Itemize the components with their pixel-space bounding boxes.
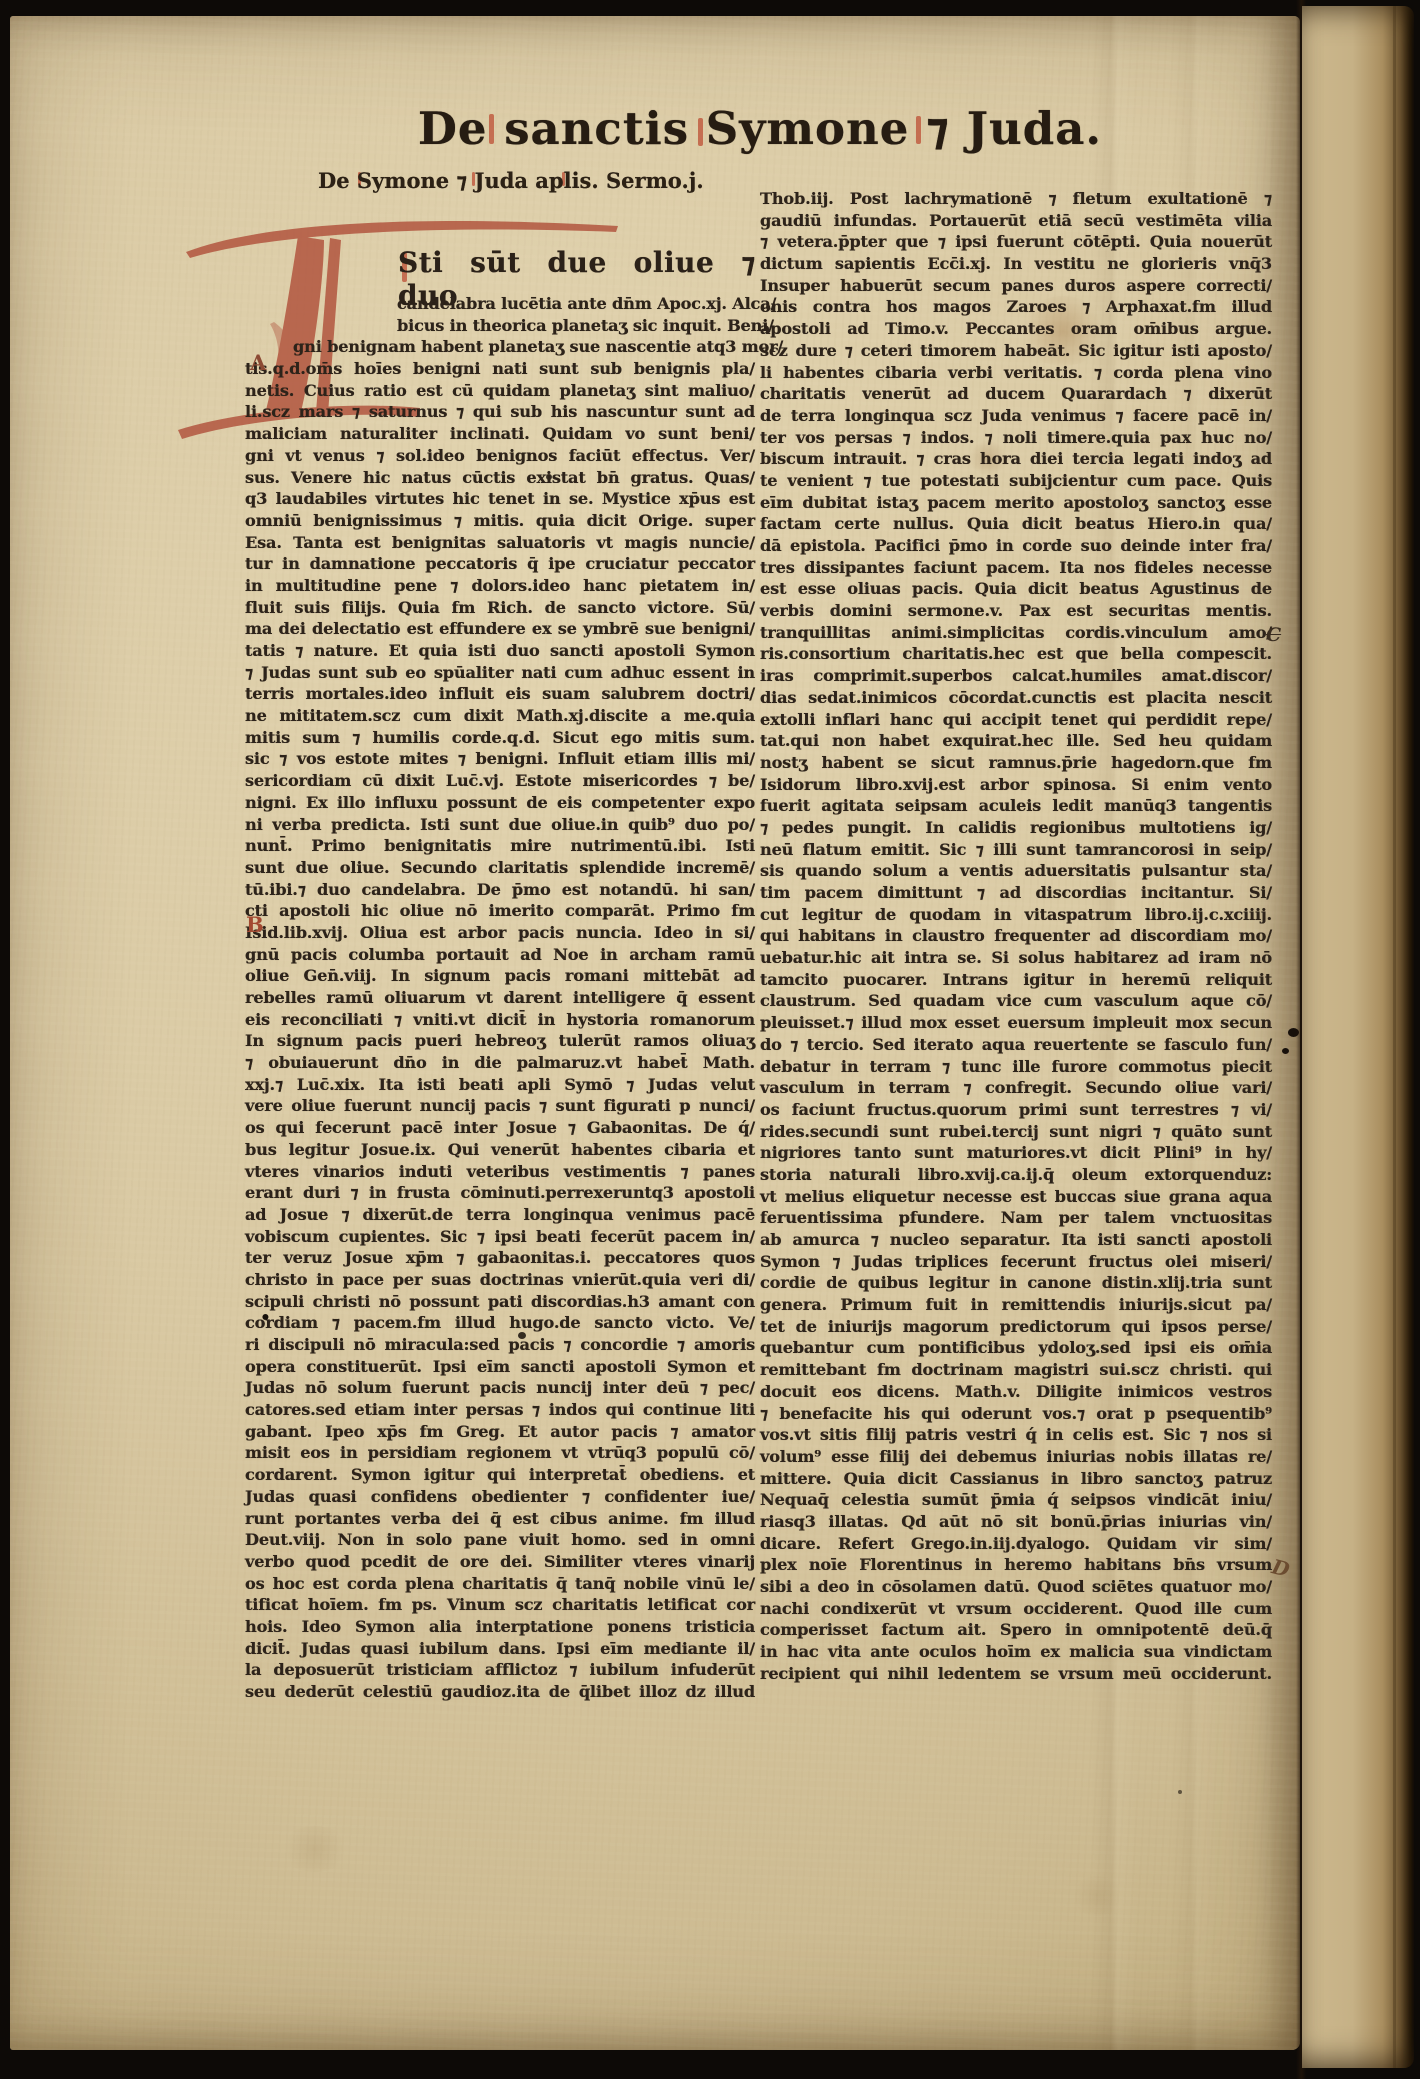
text-line: volum⁹ esse filij dei debemus iniurias n…: [760, 1446, 1272, 1468]
text-line: ter vos persas ⁊ indos. ⁊ noli timere.qu…: [760, 427, 1272, 449]
text-line: nigriores tanto sunt maturiores.vt dicit…: [760, 1142, 1272, 1164]
text-line: tranquillitas animi.simplicitas cordis.v…: [760, 622, 1272, 644]
text-line: Insuper habuerūt secum panes duros asper…: [760, 275, 1272, 297]
text-line: vasculum in terram ⁊ confregit. Secundo …: [760, 1077, 1272, 1099]
text-line: neū flatum emitit. Sic ⁊ illi sunt tamra…: [760, 839, 1272, 861]
margin-nota-mark: D: [1269, 1554, 1292, 1581]
page-stack-line: [1393, 6, 1396, 2068]
text-line: omniū benignissimus ⁊ mitis. quia dicit …: [245, 510, 755, 532]
text-line: verbis domini sermone.v. Pax est securit…: [760, 600, 1272, 622]
text-line: terris mortales.ideo influit eis suam sa…: [245, 683, 755, 705]
text-line: ter veruz Josue xp̄m ⁊ gabaonitas.i. pec…: [245, 1247, 755, 1269]
text-line: sis quando solum a ventis aduersitatis p…: [760, 860, 1272, 882]
text-line: seu dederūt celestiū gaudioz.ita de q̄li…: [245, 1681, 755, 1703]
text-line: Isid.lib.xvij. Oliua est arbor pacis nun…: [245, 922, 755, 944]
book-scan: De sanctis Symone ⁊ Juda. De Symone ⁊ Ju…: [0, 0, 1420, 2079]
text-line: ⁊ benefacite his qui oderunt vos.⁊ orat …: [760, 1403, 1272, 1425]
text-line: feruentissima pfundere. Nam per talem vn…: [760, 1207, 1272, 1229]
margin-letter-a: A: [250, 350, 266, 375]
text-line: fluit suis filijs. Quia fm Rich. de sanc…: [245, 597, 755, 619]
text-line: storia naturali libro.xvij.ca.ij.q̄ oleu…: [760, 1164, 1272, 1186]
text-line: charitatis venerūt ad ducem Quarardach ⁊…: [760, 383, 1272, 405]
text-line: dā epistola. Pacifici p̄mo in corde suo …: [760, 535, 1272, 557]
text-line: do ⁊ tercio. Sed iterato aqua reuertente…: [760, 1034, 1272, 1056]
text-line: in multitudine pene ⁊ dolors.ideo hanc p…: [245, 575, 755, 597]
text-line: erant duri ⁊ in frusta cōminuti.perrexer…: [245, 1182, 755, 1204]
text-line: ri discipuli nō miracula:sed pacis ⁊ con…: [245, 1334, 755, 1356]
text-line: tamcito puocarer. Intrans igitur in here…: [760, 969, 1272, 991]
text-line: cti apostoli hic oliue nō imerito compar…: [245, 900, 755, 922]
text-line: uebatur.hic ait intra se. Si solus habit…: [760, 947, 1272, 969]
stain: [280, 1826, 350, 1872]
text-line: genera. Primum fuit in remittendis iniur…: [760, 1294, 1272, 1316]
text-line: ⁊ pedes pungit. In calidis regionibus mu…: [760, 817, 1272, 839]
text-line: extolli inflari hanc qui accipit tenet q…: [760, 709, 1272, 731]
text-line: verbo quod pcedit de ore dei. Similiter …: [245, 1551, 755, 1573]
text-line: Symon ⁊ Judas triplices fecerunt fructus…: [760, 1251, 1272, 1273]
text-line: Nequaq̄ celestia sumūt p̄mia q́ seipsos …: [760, 1489, 1272, 1511]
text-line: rides.secundi sunt rubei.tercij sunt nig…: [760, 1121, 1272, 1143]
text-line: candelabra lucētia ante dn̄m Apoc.xj. Al…: [245, 293, 755, 315]
text-line: vere oliue fuerunt nuncij pacis ⁊ sunt f…: [245, 1095, 755, 1117]
text-line: runt portantes verba dei q̄ est cibus an…: [245, 1508, 755, 1530]
text-line: maliciam naturaliter inclinati. Quidam v…: [245, 423, 755, 445]
text-line: apostoli ad Timo.v. Peccantes oram om̄ib…: [760, 318, 1272, 340]
text-line: catores.sed etiam inter persas ⁊ indos q…: [245, 1399, 755, 1421]
text-line: mitis sum ⁊ humilis corde.q.d. Sicut ego…: [245, 727, 755, 749]
text-line: os qui fecerunt pacē inter Josue ⁊ Gabao…: [245, 1117, 755, 1139]
text-line: tres dissipantes faciunt pacem. Ita nos …: [760, 557, 1272, 579]
text-line: Thob.iij. Post lachrymationē ⁊ fletum ex…: [760, 188, 1272, 210]
text-line: tet de iniurijs magorum predictorum qui …: [760, 1316, 1272, 1338]
text-line: ab amurca ⁊ nucleo separatur. Ita isti s…: [760, 1229, 1272, 1251]
text-line: tis.q.d.om̄s hoīes benigni nati sunt sub…: [245, 358, 755, 380]
text-line: ⁊ vetera.p̄pter que ⁊ ipsi fuerunt cōtēp…: [760, 231, 1272, 253]
text-line: gaudiū infundas. Portauerūt etiā secū ve…: [760, 210, 1272, 232]
text-line: recipient qui nihil ledentem se vrsum me…: [760, 1663, 1272, 1685]
text-column-2: Thob.iij. Post lachrymationē ⁊ fletum ex…: [760, 188, 1272, 1684]
text-line: dicit̄. Judas quasi iubilum dans. Ipsi e…: [245, 1638, 755, 1660]
text-line: os hoc est corda plena charitatis q̄ tan…: [245, 1573, 755, 1595]
text-column-1: candelabra lucētia ante dn̄m Apoc.xj. Al…: [245, 293, 755, 1703]
text-line: nachi condixerūt vt vrsum occiderent. Qu…: [760, 1598, 1272, 1620]
text-line: xxj.⁊ Luc̄.xix. Ita isti beati apli Symō…: [245, 1074, 755, 1096]
text-line: quebantur cum pontificibus ydoloʒ.sed ip…: [760, 1337, 1272, 1359]
text-line: claustrum. Sed quadam vice cum vasculum …: [760, 990, 1272, 1012]
stain: [1070, 1876, 1124, 1916]
text-line: In signum pacis pueri hebreoʒ tulerūt ra…: [245, 1030, 755, 1052]
text-line: eīm dubitat istaʒ pacem merito apostoloʒ…: [760, 492, 1272, 514]
text-line: li.scz mars ⁊ saturnus ⁊ qui sub his nas…: [245, 401, 755, 423]
text-line: dictum sapientis Ecc̄i.xj. In vestitu ne…: [760, 253, 1272, 275]
text-line: ris.consortium charitatis.hec est que be…: [760, 643, 1272, 665]
text-line: la deposuerūt tristiciam afflictoz ⁊ iub…: [245, 1659, 755, 1681]
text-line: docuit eos dicens. Math.v. Diligite inim…: [760, 1381, 1272, 1403]
text-line: os faciunt fructus.quorum primi sunt ter…: [760, 1099, 1272, 1121]
text-line: tificat hoīem. fm ps. Vinum scz charitat…: [245, 1594, 755, 1616]
text-line: q3 laudabiles virtutes hic tenet in se. …: [245, 488, 755, 510]
text-line: nostʒ habent se sicut ramnus.p̄rie haged…: [760, 752, 1272, 774]
text-line: gni vt venus ⁊ sol.ideo benignos faciūt …: [245, 445, 755, 467]
text-line: comperisset factum ait. Spero in omnipot…: [760, 1619, 1272, 1641]
text-line: ad Josue ⁊ dixerūt.de terra longinqua ve…: [245, 1204, 755, 1226]
text-line: eis reconciliati ⁊ vniti.vt dicit̄ in hy…: [245, 1009, 755, 1031]
text-line: Isidorum libro.xvij.est arbor spinosa. S…: [760, 774, 1272, 796]
text-line: fuerit agitata seipsam aculeis ledit man…: [760, 795, 1272, 817]
text-line: dicare. Refert Grego.in.iij.dyalogo. Qui…: [760, 1533, 1272, 1555]
sermon-rubric: De Symone ⁊ Juda aplis. Sermo.j.: [318, 168, 704, 193]
text-line: sunt due oliue. Secundo claritatis splen…: [245, 857, 755, 879]
text-line: hois. Ideo Symon alia interptatione pone…: [245, 1616, 755, 1638]
manuscript-page: De sanctis Symone ⁊ Juda. De Symone ⁊ Ju…: [10, 16, 1300, 2050]
text-line: tur in damnatione peccatoris q̄ ipe cruc…: [245, 553, 755, 575]
text-line: cordiam ⁊ pacem.fm illud hugo.de sancto …: [245, 1312, 755, 1334]
ink-blot: [1282, 1048, 1289, 1054]
text-line: te venient ⁊ tue potestati subijcientur …: [760, 470, 1272, 492]
text-line: biscum intrauit. ⁊ cras hora diei tercia…: [760, 448, 1272, 470]
text-line: debatur in terram ⁊ tunc ille furore com…: [760, 1056, 1272, 1078]
text-line: gabant. Ipeo xp̄s fm Greg. Et autor paci…: [245, 1421, 755, 1443]
text-line: netis. Cuius ratio est cū quidam planeta…: [245, 380, 755, 402]
text-line: sic ⁊ vos estote mites ⁊ benigni. Influi…: [245, 748, 755, 770]
text-line: tim pacem dimittunt ⁊ ad discordias inci…: [760, 882, 1272, 904]
text-line: oliue Gen̄.viij. In signum pacis romani …: [245, 965, 755, 987]
text-line: opera constituerūt. Ipsi eīm sancti apos…: [245, 1356, 755, 1378]
adjacent-page-edge: [1302, 6, 1414, 2068]
text-line: sibi a deo in cōsolamen datū. Quod sciēt…: [760, 1576, 1272, 1598]
text-line: factam certe nullus. Quia dicit beatus H…: [760, 513, 1272, 535]
text-line: cordie de quibus legitur in canone disti…: [760, 1272, 1272, 1294]
text-line: ni verba predicta. Isti sunt due oliue.i…: [245, 814, 755, 836]
margin-paraph-mark: C: [1266, 624, 1281, 646]
text-line: cordarent. Symon igitur qui interpretat̄…: [245, 1464, 755, 1486]
text-line: pleuisset.⁊ illud mox esset euersum impl…: [760, 1012, 1272, 1034]
margin-letter-b: B: [246, 912, 264, 937]
text-line: cut legitur de quodam in vitaspatrum lib…: [760, 904, 1272, 926]
text-line: mittere. Quia dicit Cassianus in libro s…: [760, 1468, 1272, 1490]
text-line: plex noīe Florentinus in heremo habitans…: [760, 1554, 1272, 1576]
text-line: riasq3 illatas. Qd aūt nō sit bonū.p̄ria…: [760, 1511, 1272, 1533]
text-line: onis contra hos magos Zaroes ⁊ Arphaxat.…: [760, 296, 1272, 318]
text-line: nunt̄. Primo benignitatis mire nutriment…: [245, 835, 755, 857]
text-line: misit eos in persidiam regionem vt vtrūq…: [245, 1442, 755, 1464]
text-line: ⁊ obuiauerunt dn̄o in die palmaruz.vt ha…: [245, 1052, 755, 1074]
text-line: ⁊ Judas sunt sub eo spūaliter nati cum a…: [245, 662, 755, 684]
text-line: gni benignam habent planetaʒ sue nascent…: [245, 336, 755, 358]
text-line: vt melius eliquetur necesse est buccas s…: [760, 1186, 1272, 1208]
ink-speck: [1178, 1790, 1182, 1794]
text-line: ne mititatem.scz cum dixit Math.xj.disci…: [245, 705, 755, 727]
page-title: De sanctis Symone ⁊ Juda.: [245, 102, 1275, 155]
text-line: Judas nō solum fuerunt pacis nuncij inte…: [245, 1377, 755, 1399]
text-line: dias sedat.inimicos cōcordat.cunctis est…: [760, 687, 1272, 709]
text-line: li habentes cibaria verbi veritatis. ⁊ c…: [760, 362, 1272, 384]
text-line: in hac vita ante oculos hoīm ex malicia …: [760, 1641, 1272, 1663]
text-line: vobiscum cupientes. Sic ⁊ ipsi beati fec…: [245, 1226, 755, 1248]
text-line: de terra longinqua scz Juda venimus ⁊ fa…: [760, 405, 1272, 427]
text-line: nigni. Ex illo influxu possunt de eis co…: [245, 792, 755, 814]
text-line: Judas quasi confidens obedienter ⁊ confi…: [245, 1486, 755, 1508]
text-line: remittebant fm doctrinam magistri sui.sc…: [760, 1359, 1272, 1381]
text-line: iras comprimit.superbos calcat.humiles a…: [760, 665, 1272, 687]
text-line: ma dei delectatio est effundere ex se ym…: [245, 618, 755, 640]
text-line: sericordiam cū dixit Luc̄.vj. Estote mis…: [245, 770, 755, 792]
text-line: christo in pace per suas doctrinas vnier…: [245, 1269, 755, 1291]
text-line: vteres vinarios induti veteribus vestime…: [245, 1161, 755, 1183]
text-line: scz dure ⁊ ceteri timorem habeāt. Sic ig…: [760, 340, 1272, 362]
text-line: tū.ibi.⁊ duo candelabra. De p̄mo est not…: [245, 879, 755, 901]
text-line: bus legitur Josue.ix. Qui venerūt habent…: [245, 1139, 755, 1161]
text-line: vos.vt sitis filij patris vestri q́ in c…: [760, 1424, 1272, 1446]
text-line: gnū pacis columba portauit ad Noe in arc…: [245, 944, 755, 966]
margin-dot: •: [260, 1308, 271, 1328]
text-line: qui habitans in claustro frequenter ad d…: [760, 925, 1272, 947]
text-line: rebelles ramū oliuarum vt darent intelli…: [245, 987, 755, 1009]
text-line: scipuli christi nō possunt pati discordi…: [245, 1291, 755, 1313]
text-line: est esse oliuas pacis. Quia dicit beatus…: [760, 578, 1272, 600]
text-line: tat.qui non habet exquirat.hec ille. Sed…: [760, 730, 1272, 752]
text-line: bicus in theorica planetaʒ sic inquit. B…: [245, 315, 755, 337]
text-line: Esa. Tanta est benignitas saluatoris vt …: [245, 532, 755, 554]
text-line: sus. Venere hic natus cūctis existat bn̄…: [245, 467, 755, 489]
text-line: tatis ⁊ nature. Et quia isti duo sancti …: [245, 640, 755, 662]
text-line: Deut.viij. Non in solo pane viuit homo. …: [245, 1529, 755, 1551]
